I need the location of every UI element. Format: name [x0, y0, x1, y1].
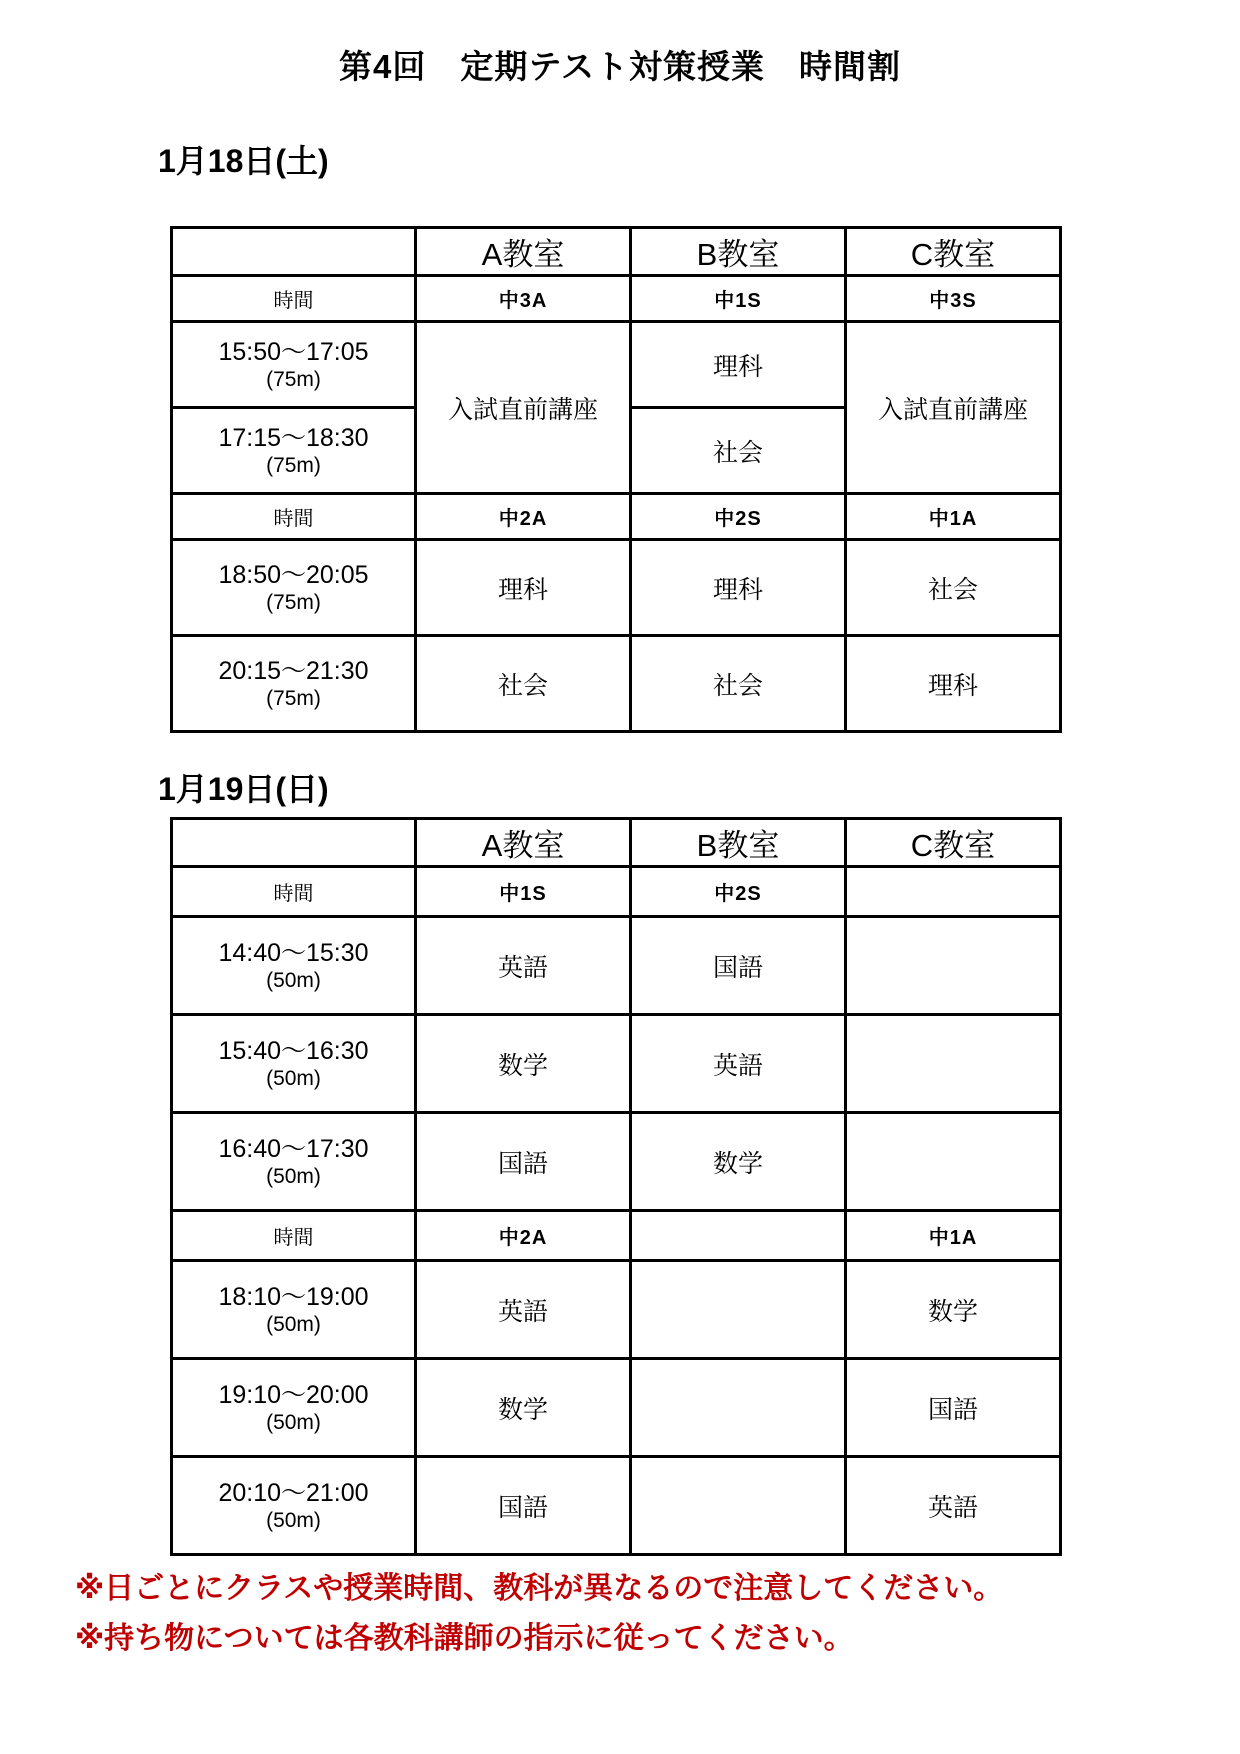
subject-cell — [846, 917, 1061, 1015]
class-label-cell: 中1S — [631, 276, 846, 322]
day2-s2-class-row: 時間 中2A 中1A — [172, 1211, 1061, 1261]
room-header-cell-c: C教室 — [846, 228, 1061, 276]
subject-cell: 国語 — [416, 1113, 631, 1211]
day2-slot-row: 15:40〜16:30 (50m) 数学 英語 — [172, 1015, 1061, 1113]
blank-corner-cell — [172, 819, 416, 867]
day2-slot-row: 20:10〜21:00 (50m) 国語 英語 — [172, 1457, 1061, 1555]
merged-course-cell: 入試直前講座 — [416, 322, 631, 494]
time-slot-cell: 14:40〜15:30 (50m) — [172, 917, 416, 1015]
subject-cell: 国語 — [846, 1359, 1061, 1457]
day1-s2-class-row: 時間 中2A 中2S 中1A — [172, 494, 1061, 540]
day1-room-header-row: A教室 B教室 C教室 — [172, 228, 1061, 276]
day1-slot-row: 15:50〜17:05 (75m) 入試直前講座 理科 入試直前講座 — [172, 322, 1061, 408]
time-range: 17:15〜18:30 — [173, 423, 414, 453]
class-label-cell: 中1S — [416, 867, 631, 917]
time-slot-cell: 16:40〜17:30 (50m) — [172, 1113, 416, 1211]
subject-cell: 社会 — [416, 636, 631, 732]
day2-slot-row: 16:40〜17:30 (50m) 国語 数学 — [172, 1113, 1061, 1211]
merged-course-cell: 入試直前講座 — [846, 322, 1061, 494]
subject-cell: 社会 — [631, 408, 846, 494]
room-header-cell-b: B教室 — [631, 228, 846, 276]
duration: (75m) — [173, 686, 414, 712]
time-slot-cell: 18:50〜20:05 (75m) — [172, 540, 416, 636]
time-range: 15:40〜16:30 — [173, 1036, 414, 1066]
time-column-header: 時間 — [172, 494, 416, 540]
subject-cell — [846, 1015, 1061, 1113]
day1-schedule-table: A教室 B教室 C教室 時間 中3A 中1S 中3S 15:50〜17:05 (… — [170, 226, 1062, 733]
duration: (50m) — [173, 1410, 414, 1436]
subject-cell: 国語 — [631, 917, 846, 1015]
class-label-cell: 中2A — [416, 494, 631, 540]
duration: (75m) — [173, 590, 414, 616]
duration: (50m) — [173, 1066, 414, 1092]
day1-slot-row: 20:15〜21:30 (75m) 社会 社会 理科 — [172, 636, 1061, 732]
subject-cell — [631, 1457, 846, 1555]
time-range: 18:10〜19:00 — [173, 1282, 414, 1312]
blank-corner-cell — [172, 228, 416, 276]
page-title: 第4回 定期テスト対策授業 時間割 — [0, 46, 1240, 87]
time-range: 20:15〜21:30 — [173, 656, 414, 686]
time-range: 15:50〜17:05 — [173, 337, 414, 367]
time-slot-cell: 19:10〜20:00 (50m) — [172, 1359, 416, 1457]
subject-cell: 数学 — [416, 1359, 631, 1457]
duration: (75m) — [173, 453, 414, 479]
day1-s1-class-row: 時間 中3A 中1S 中3S — [172, 276, 1061, 322]
time-range: 16:40〜17:30 — [173, 1134, 414, 1164]
duration: (50m) — [173, 1312, 414, 1338]
duration: (50m) — [173, 1164, 414, 1190]
subject-cell: 数学 — [416, 1015, 631, 1113]
day2-room-header-row: A教室 B教室 C教室 — [172, 819, 1061, 867]
subject-cell: 理科 — [416, 540, 631, 636]
time-column-header: 時間 — [172, 276, 416, 322]
room-header-cell-b: B教室 — [631, 819, 846, 867]
time-slot-cell: 18:10〜19:00 (50m) — [172, 1261, 416, 1359]
day2-slot-row: 14:40〜15:30 (50m) 英語 国語 — [172, 917, 1061, 1015]
subject-cell: 理科 — [631, 322, 846, 408]
day2-slot-row: 18:10〜19:00 (50m) 英語 数学 — [172, 1261, 1061, 1359]
subject-cell — [846, 1113, 1061, 1211]
room-header-cell-a: A教室 — [416, 228, 631, 276]
subject-cell — [631, 1359, 846, 1457]
subject-cell: 英語 — [416, 1261, 631, 1359]
duration: (50m) — [173, 968, 414, 994]
subject-cell — [631, 1261, 846, 1359]
time-slot-cell: 20:10〜21:00 (50m) — [172, 1457, 416, 1555]
time-slot-cell: 17:15〜18:30 (75m) — [172, 408, 416, 494]
duration: (50m) — [173, 1508, 414, 1534]
class-label-cell: 中2A — [416, 1211, 631, 1261]
class-label-cell: 中3A — [416, 276, 631, 322]
class-label-cell: 中2S — [631, 867, 846, 917]
duration: (75m) — [173, 367, 414, 393]
subject-cell: 英語 — [846, 1457, 1061, 1555]
time-slot-cell: 20:15〜21:30 (75m) — [172, 636, 416, 732]
time-range: 19:10〜20:00 — [173, 1380, 414, 1410]
subject-cell: 英語 — [631, 1015, 846, 1113]
note-line: ※持ち物については各教科講師の指示に従ってください。 — [75, 1614, 1240, 1664]
note-line: ※日ごとにクラスや授業時間、教科が異なるので注意してください。 — [75, 1564, 1240, 1614]
time-range: 18:50〜20:05 — [173, 560, 414, 590]
warning-notes: ※日ごとにクラスや授業時間、教科が異なるので注意してください。 ※持ち物について… — [75, 1564, 1240, 1664]
class-label-cell: 中1A — [846, 494, 1061, 540]
class-label-cell: 中3S — [846, 276, 1061, 322]
time-range: 14:40〜15:30 — [173, 938, 414, 968]
subject-cell: 社会 — [846, 540, 1061, 636]
class-label-cell: 中2S — [631, 494, 846, 540]
time-slot-cell: 15:40〜16:30 (50m) — [172, 1015, 416, 1113]
day2-slot-row: 19:10〜20:00 (50m) 数学 国語 — [172, 1359, 1061, 1457]
day1-date-label: 1月18日(土) — [158, 141, 1240, 181]
class-label-cell — [631, 1211, 846, 1261]
subject-cell: 社会 — [631, 636, 846, 732]
time-column-header: 時間 — [172, 867, 416, 917]
room-header-cell-a: A教室 — [416, 819, 631, 867]
day2-s1-class-row: 時間 中1S 中2S — [172, 867, 1061, 917]
subject-cell: 数学 — [846, 1261, 1061, 1359]
day2-schedule-table: A教室 B教室 C教室 時間 中1S 中2S 14:40〜15:30 (50m)… — [170, 817, 1062, 1556]
time-slot-cell: 15:50〜17:05 (75m) — [172, 322, 416, 408]
subject-cell: 理科 — [631, 540, 846, 636]
subject-cell: 英語 — [416, 917, 631, 1015]
time-column-header: 時間 — [172, 1211, 416, 1261]
subject-cell: 数学 — [631, 1113, 846, 1211]
class-label-cell: 中1A — [846, 1211, 1061, 1261]
room-header-cell-c: C教室 — [846, 819, 1061, 867]
day1-slot-row: 18:50〜20:05 (75m) 理科 理科 社会 — [172, 540, 1061, 636]
class-label-cell — [846, 867, 1061, 917]
time-range: 20:10〜21:00 — [173, 1478, 414, 1508]
subject-cell: 理科 — [846, 636, 1061, 732]
subject-cell: 国語 — [416, 1457, 631, 1555]
day2-date-label: 1月19日(日) — [158, 769, 1240, 809]
